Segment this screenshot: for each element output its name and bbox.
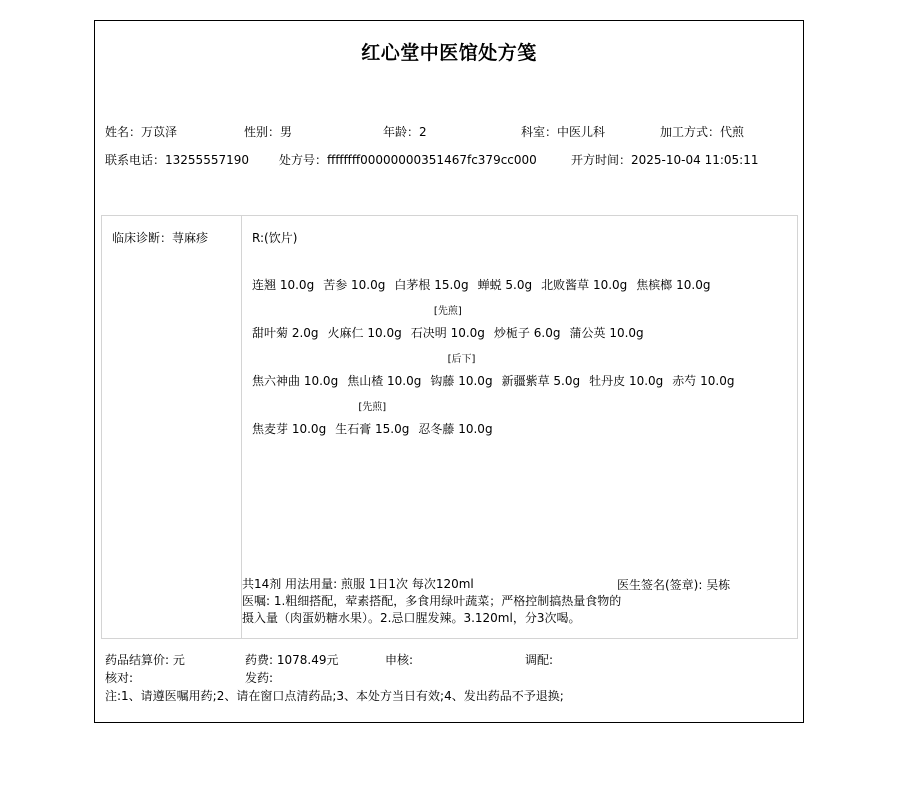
herb-item: 焦山楂 10.0g (347, 372, 421, 389)
herb-name: 石决明 (411, 326, 447, 340)
herb-name: 赤芍 (672, 374, 696, 388)
drug-fee: 药费: 1078.49元 (245, 651, 338, 668)
herb-name: 蒲公英 (569, 326, 605, 340)
herb-item: 白茅根 15.0g (394, 276, 468, 293)
herb-dose: 2.0g (292, 326, 319, 340)
herb-name: 焦六神曲 (252, 374, 300, 388)
herb-item: 焦槟榔 10.0g (636, 276, 710, 293)
process-method: 加工方式：代煎 (660, 123, 744, 140)
rx-no-value: ffffffff00000000351467fc379cc000 (327, 153, 537, 167)
phone: 联系电话：13255557190 (105, 151, 249, 168)
herb-item: 忍冬藤 10.0g (418, 420, 492, 437)
herb-name: 忍冬藤 (418, 422, 454, 436)
review: 申核: (385, 651, 413, 668)
herb-item: 蒲公英 10.0g (569, 324, 643, 341)
herb-name: 钩藤 (430, 374, 454, 388)
herb-dose: 10.0g (351, 278, 385, 292)
phone-value: 13255557190 (165, 153, 249, 167)
footer-note: 注:1、请遵医嘱用药;2、请在窗口点清药品;3、本处方当日有效;4、发出药品不予… (105, 687, 564, 704)
herb-item: 苦参 10.0g (323, 276, 385, 293)
herb-name: 炒栀子 (494, 326, 530, 340)
fee-value: 1078.49元 (277, 653, 339, 667)
herb-name: 甜叶菊 (252, 326, 288, 340)
diagnosis: 临床诊断：荨麻疹 (112, 229, 208, 246)
herb-name: 焦山楂 (347, 374, 383, 388)
age-value: 2 (419, 125, 427, 139)
doctor-advice: 医嘱: 1.粗细搭配，荤素搭配，多食用绿叶蔬菜；严格控制搞热量食物的摄入量（肉蛋… (242, 593, 622, 627)
dept-value: 中医儿科 (557, 125, 605, 139)
herb-line-2: 甜叶菊 2.0g火麻仁 10.0g石决明 10.0g[先煎]炒栀子 6.0g蒲公… (252, 324, 653, 340)
prescribe-time: 开方时间：2025-10-04 11:05:11 (571, 151, 758, 168)
herb-dose: 10.0g (609, 326, 643, 340)
time-label: 开方时间： (571, 153, 631, 167)
gender-label: 性别： (244, 125, 280, 139)
herb-name: 连翘 (252, 278, 276, 292)
herb-dose: 10.0g (304, 374, 338, 388)
herb-name: 火麻仁 (328, 326, 364, 340)
signature-label: 医生签名(签章): (617, 578, 706, 592)
herb-name: 白茅根 (394, 278, 430, 292)
diagnosis-label: 临床诊断： (112, 231, 172, 245)
decoction-tag: [先煎] (358, 398, 386, 413)
department: 科室：中医儿科 (521, 123, 605, 140)
herb-dose: 5.0g (505, 278, 532, 292)
herb-dose: 10.0g (700, 374, 734, 388)
age-label: 年龄： (383, 125, 419, 139)
herb-dose: 10.0g (676, 278, 710, 292)
herb-dose: 10.0g (367, 326, 401, 340)
patient-gender: 性别：男 (244, 123, 292, 140)
herb-dose: 10.0g (280, 278, 314, 292)
herb-dose: 5.0g (553, 374, 580, 388)
herb-name: 焦麦芽 (252, 422, 288, 436)
herb-dose: 10.0g (593, 278, 627, 292)
herb-item: 蝉蜕 5.0g (478, 276, 533, 293)
settle-price: 药品结算价: 元 (105, 651, 185, 668)
page-title: 红心堂中医馆处方笺 (95, 38, 803, 65)
herb-item: 钩藤 10.0g[后下] (430, 372, 492, 389)
herb-dose: 10.0g (458, 374, 492, 388)
dispense: 调配: (525, 651, 553, 668)
dept-label: 科室： (521, 125, 557, 139)
herb-name: 苦参 (323, 278, 347, 292)
herb-dose: 6.0g (534, 326, 561, 340)
herb-dose: 10.0g (292, 422, 326, 436)
herb-item: 甜叶菊 2.0g (252, 324, 319, 341)
prescription-sheet: 红心堂中医馆处方笺 姓名：万苡泽 性别：男 年龄：2 科室：中医儿科 加工方式：… (94, 20, 804, 723)
herb-line-4: 焦麦芽 10.0g生石膏 15.0g[先煎]忍冬藤 10.0g (252, 420, 502, 436)
issue: 发药: (245, 669, 273, 686)
herb-name: 牡丹皮 (589, 374, 625, 388)
herb-item: 焦麦芽 10.0g (252, 420, 326, 437)
patient-name: 姓名：万苡泽 (105, 123, 177, 140)
rx-header: R:(饮片) (252, 229, 297, 246)
herb-dose: 15.0g (375, 422, 409, 436)
phone-label: 联系电话： (105, 153, 165, 167)
herb-dose: 10.0g (387, 374, 421, 388)
decoction-tag: [后下] (448, 350, 476, 365)
herb-item: 赤芍 10.0g (672, 372, 734, 389)
herb-name: 蝉蜕 (478, 278, 502, 292)
name-label: 姓名： (105, 125, 141, 139)
herb-dose: 15.0g (434, 278, 468, 292)
diagnosis-value: 荨麻疹 (172, 231, 208, 245)
process-value: 代煎 (720, 125, 744, 139)
herb-name: 新疆紫草 (502, 374, 550, 388)
herb-item: 生石膏 15.0g[先煎] (335, 420, 409, 437)
decoction-tag: [先煎] (434, 302, 462, 317)
herb-item: 炒栀子 6.0g (494, 324, 561, 341)
fee-label: 药费: (245, 653, 277, 667)
usage-dosage: 共14剂 用法用量: 煎服 1日1次 每次120ml (242, 576, 622, 593)
usage-section: 共14剂 用法用量: 煎服 1日1次 每次120ml 医嘱: 1.粗细搭配，荤素… (242, 576, 622, 627)
rx-no-label: 处方号： (279, 153, 327, 167)
herb-dose: 10.0g (451, 326, 485, 340)
herb-name: 生石膏 (335, 422, 371, 436)
herb-item: 焦六神曲 10.0g (252, 372, 338, 389)
herb-item: 连翘 10.0g (252, 276, 314, 293)
doctor-signature: 医生签名(签章): 吴栋 (617, 576, 730, 593)
herb-line-3: 焦六神曲 10.0g焦山楂 10.0g钩藤 10.0g[后下]新疆紫草 5.0g… (252, 372, 743, 388)
doctor-name: 吴栋 (706, 578, 730, 592)
rx-number: 处方号：ffffffff00000000351467fc379cc000 (279, 151, 537, 168)
check: 核对: (105, 669, 133, 686)
herb-name: 焦槟榔 (636, 278, 672, 292)
herb-name: 北败酱草 (541, 278, 589, 292)
herb-item: 北败酱草 10.0g (541, 276, 627, 293)
herb-dose: 10.0g (629, 374, 663, 388)
herb-dose: 10.0g (458, 422, 492, 436)
herb-item: 石决明 10.0g[先煎] (411, 324, 485, 341)
herb-item: 火麻仁 10.0g (328, 324, 402, 341)
name-value: 万苡泽 (141, 125, 177, 139)
patient-age: 年龄：2 (383, 123, 427, 140)
time-value: 2025-10-04 11:05:11 (631, 153, 758, 167)
prescription-box: 临床诊断：荨麻疹 R:(饮片) 连翘 10.0g苦参 10.0g白茅根 15.0… (101, 215, 798, 639)
herb-item: 新疆紫草 5.0g (502, 372, 581, 389)
gender-value: 男 (280, 125, 292, 139)
herb-item: 牡丹皮 10.0g (589, 372, 663, 389)
diagnosis-column: 临床诊断：荨麻疹 (102, 216, 242, 638)
herb-line-1: 连翘 10.0g苦参 10.0g白茅根 15.0g蝉蜕 5.0g北败酱草 10.… (252, 276, 719, 292)
process-label: 加工方式： (660, 125, 720, 139)
